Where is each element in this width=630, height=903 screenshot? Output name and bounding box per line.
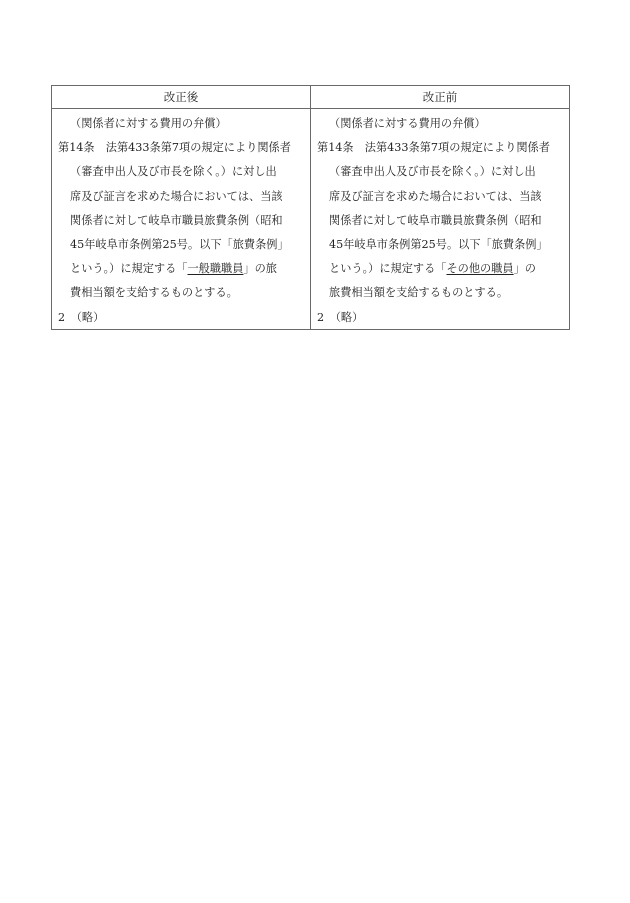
- table-body: （関係者に対する費用の弁償） 第14条 法第433条第7項の規定により関係者 （…: [52, 109, 569, 330]
- article-caption: （関係者に対する費用の弁償）: [317, 112, 569, 136]
- article-caption: （関係者に対する費用の弁償）: [58, 112, 310, 136]
- article-line: 第14条 法第433条第7項の規定により関係者: [317, 136, 569, 160]
- article-line: という。）に規定する「一般職職員」の旅: [58, 257, 310, 281]
- table-header: 改正後 改正前: [52, 86, 569, 109]
- text: という。）に規定する「: [329, 262, 446, 275]
- comparison-table: 改正後 改正前 （関係者に対する費用の弁償） 第14条 法第433条第7項の規定…: [51, 85, 570, 330]
- article-line: という。）に規定する「その他の職員」の: [317, 257, 569, 281]
- article-line: 45年岐阜市条例第25号。以下「旅費条例」: [58, 233, 310, 257]
- column-after: （関係者に対する費用の弁償） 第14条 法第433条第7項の規定により関係者 （…: [52, 109, 311, 330]
- text: 」の: [514, 262, 536, 275]
- paragraph-2: 2 （略）: [58, 306, 310, 330]
- text: 」の旅: [243, 262, 277, 275]
- article-line: 席及び証言を求めた場合においては、当該: [58, 185, 310, 209]
- header-before: 改正前: [311, 86, 569, 108]
- paragraph-2: 2 （略）: [317, 306, 569, 330]
- article-line: 席及び証言を求めた場合においては、当該: [317, 185, 569, 209]
- amended-term: その他の職員: [446, 262, 513, 275]
- article-line: 45年岐阜市条例第25号。以下「旅費条例」: [317, 233, 569, 257]
- article-line: （審査申出人及び市長を除く。）に対し出: [317, 160, 569, 184]
- header-after: 改正後: [52, 86, 311, 108]
- article-line: 旅費相当額を支給するものとする。: [317, 281, 569, 305]
- article-line: 費相当額を支給するものとする。: [58, 281, 310, 305]
- amended-term: 一般職職員: [187, 262, 243, 275]
- column-before: （関係者に対する費用の弁償） 第14条 法第433条第7項の規定により関係者 （…: [311, 109, 569, 330]
- text: という。）に規定する「: [70, 262, 187, 275]
- article-line: （審査申出人及び市長を除く。）に対し出: [58, 160, 310, 184]
- article-line: 第14条 法第433条第7項の規定により関係者: [58, 136, 310, 160]
- article-line: 関係者に対して岐阜市職員旅費条例（昭和: [317, 209, 569, 233]
- article-line: 関係者に対して岐阜市職員旅費条例（昭和: [58, 209, 310, 233]
